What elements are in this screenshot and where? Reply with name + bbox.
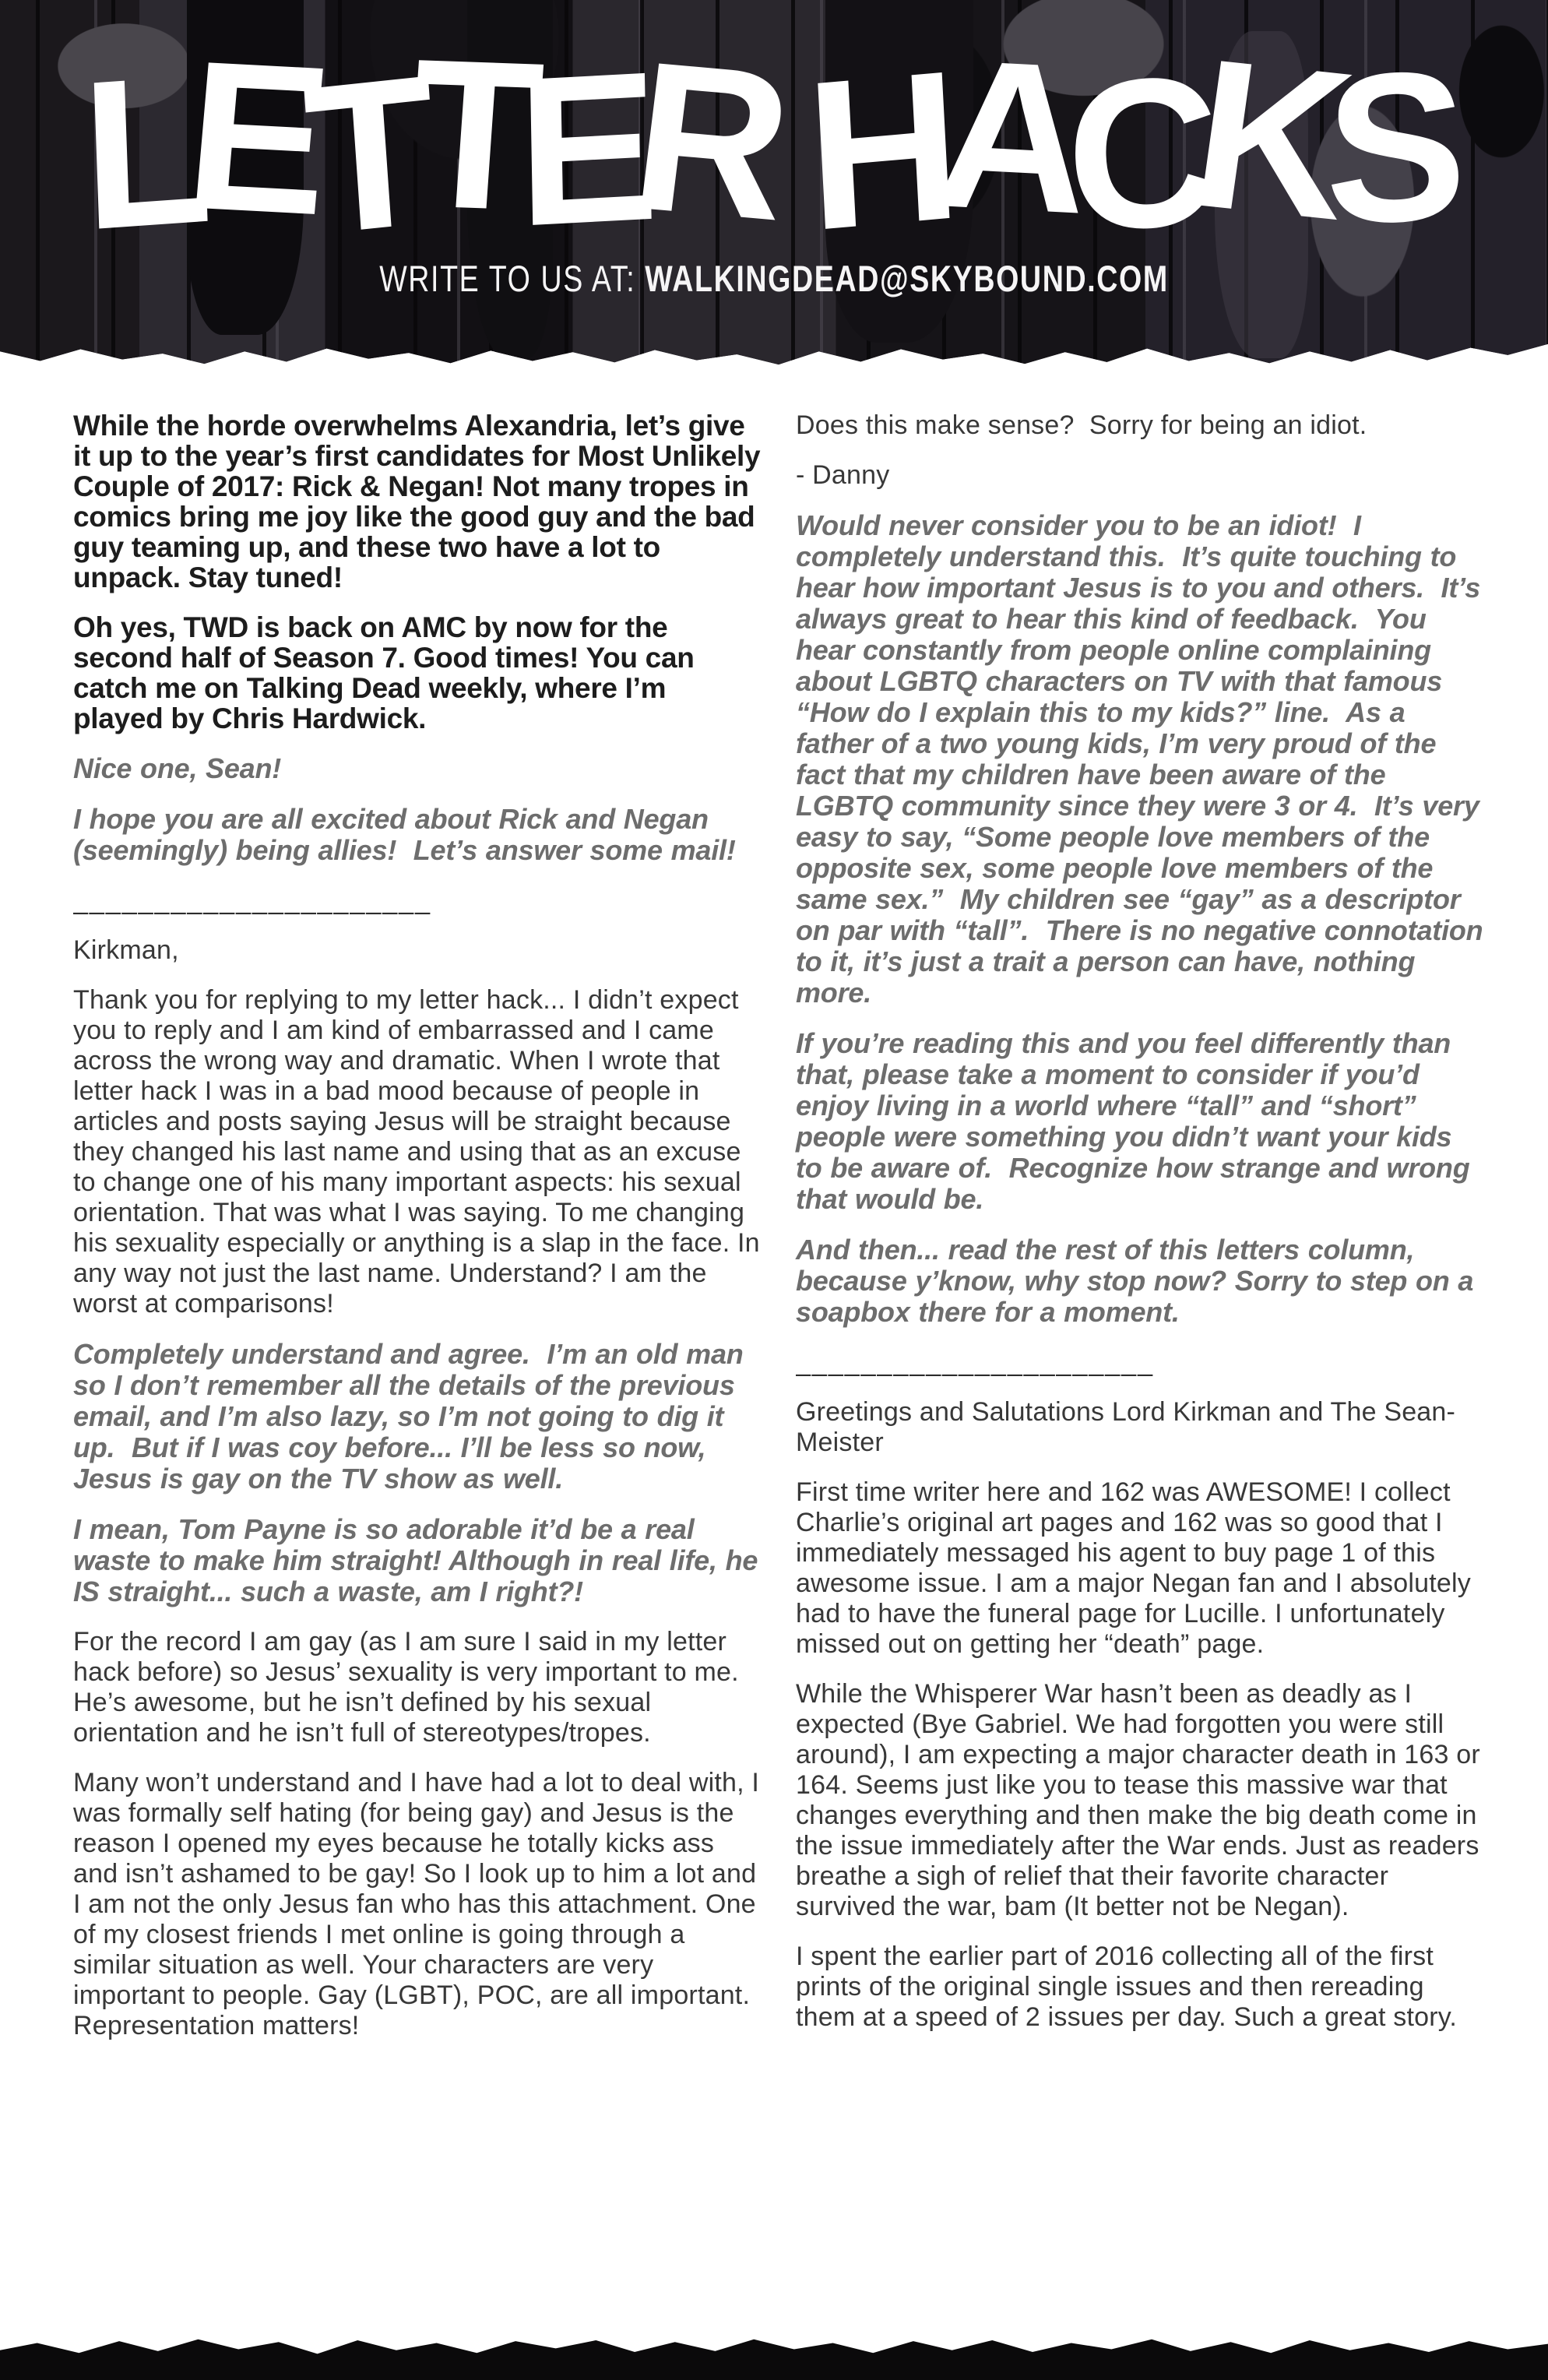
reply-paragraph: Nice one, Sean! [73, 753, 762, 784]
letter-paragraph: Greetings and Salutations Lord Kirkman a… [796, 1397, 1484, 1458]
reply-paragraph: And then... read the rest of this letter… [796, 1234, 1484, 1328]
reply-paragraph: Completely understand and agree. I’m an … [73, 1339, 762, 1495]
letter-paragraph: Does this make sense? Sorry for being an… [796, 410, 1484, 441]
contact-email: WALKINGDEAD@SKYBOUND.COM [645, 258, 1168, 299]
editorial-paragraph: While the horde overwhelms Alexandria, l… [73, 410, 762, 593]
reply-paragraph: If you’re reading this and you feel diff… [796, 1028, 1484, 1215]
tagline-prefix: WRITE TO US AT: [379, 258, 635, 299]
tagline: WRITE TO US AT: WALKINGDEAD@SKYBOUND.COM [155, 257, 1393, 300]
letter-paragraph: - Danny [796, 460, 1484, 491]
letter-paragraph: Many won’t understand and I have had a l… [73, 1768, 762, 2041]
right-column: Does this make sense? Sorry for being an… [796, 410, 1484, 2052]
section-divider: ______________________ [796, 1347, 1484, 1378]
letter-paragraph: First time writer here and 162 was AWESO… [796, 1477, 1484, 1660]
reply-paragraph: I hope you are all excited about Rick an… [73, 804, 762, 866]
page-header: LETTERHACKS WRITE TO US AT: WALKINGDEAD@… [0, 0, 1548, 366]
reply-paragraph: I mean, Tom Payne is so adorable it’d be… [73, 1514, 762, 1607]
logo-word: LETTER [93, 38, 777, 250]
section-divider: ______________________ [73, 885, 762, 916]
reply-paragraph: Would never consider you to be an idiot!… [796, 510, 1484, 1009]
letter-hacks-logo: LETTERHACKS [0, 23, 1548, 265]
letter-paragraph: Kirkman, [73, 935, 762, 966]
letter-paragraph: I spent the earlier part of 2016 collect… [796, 1942, 1484, 2033]
logo-letter: S [1325, 39, 1466, 255]
logo-letter: R [623, 29, 801, 252]
letter-paragraph: For the record I am gay (as I am sure I … [73, 1627, 762, 1748]
letters-page: LETTERHACKS WRITE TO US AT: WALKINGDEAD@… [0, 0, 1548, 2380]
left-column: While the horde overwhelms Alexandria, l… [73, 410, 762, 2061]
letter-paragraph: Thank you for replying to my letter hack… [73, 985, 762, 1319]
letter-paragraph: While the Whisperer War hasn’t been as d… [796, 1679, 1484, 1922]
page-footer [0, 2335, 1548, 2380]
editorial-paragraph: Oh yes, TWD is back on AMC by now for th… [73, 612, 762, 734]
logo-word: HACKS [818, 38, 1455, 250]
